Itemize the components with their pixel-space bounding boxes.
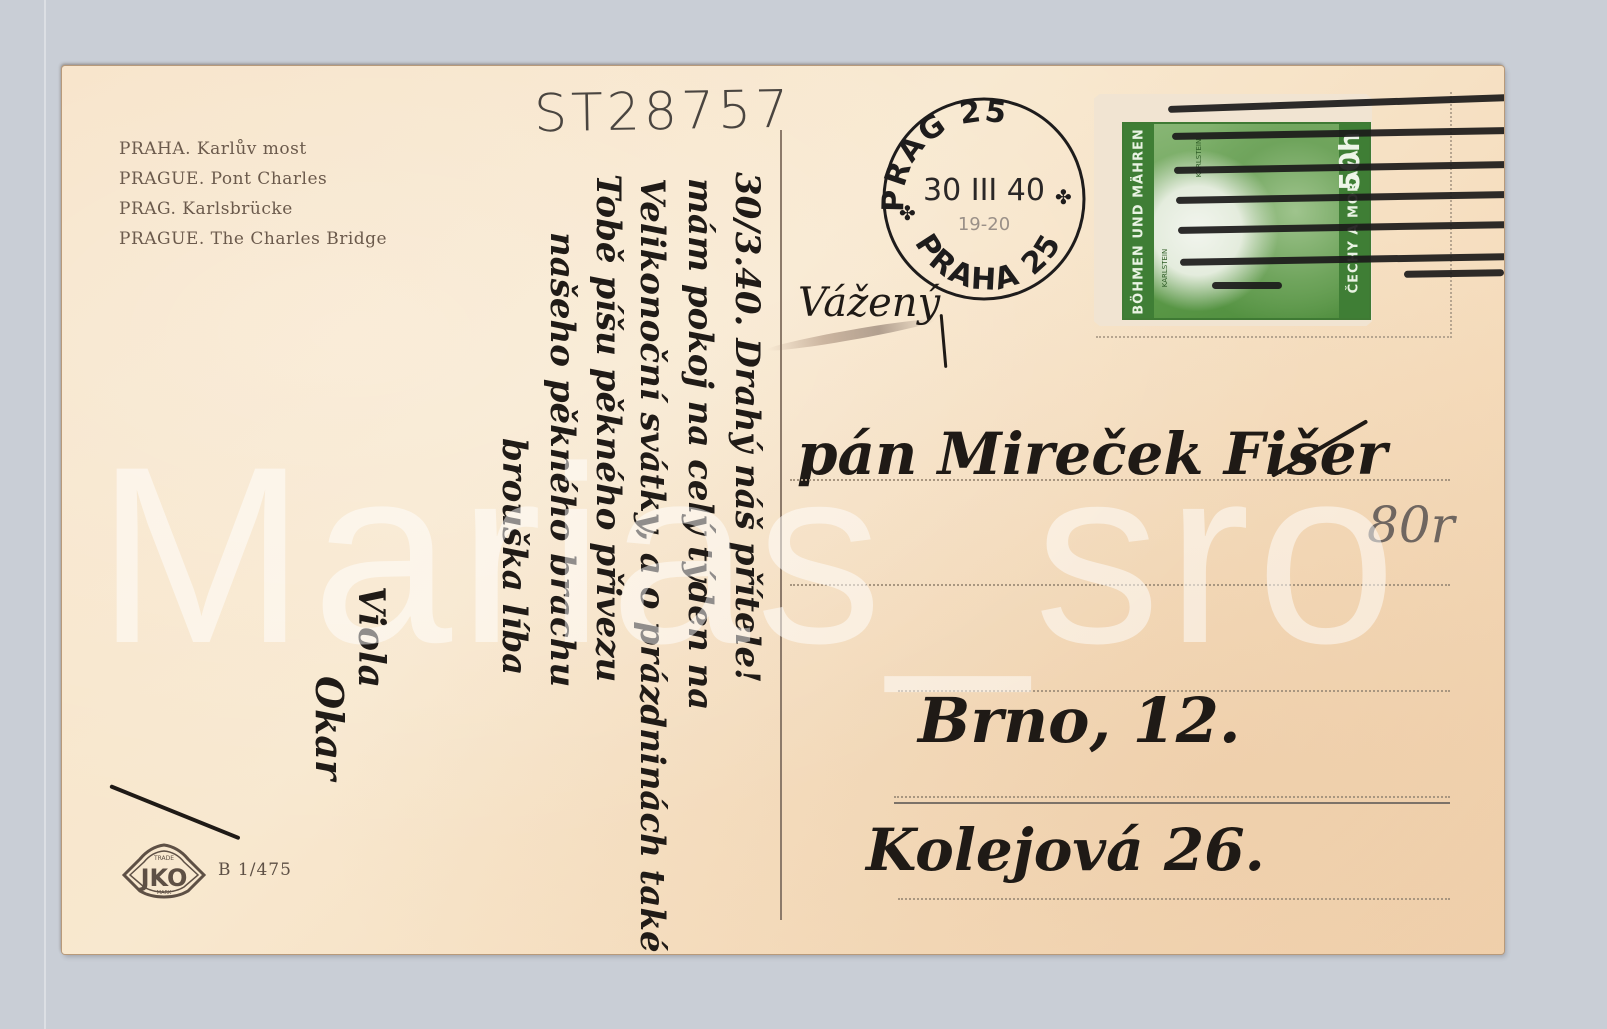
message-line: 30/3.40. Drahý náš přítele! (727, 172, 767, 683)
printed-caption: PRAHA. Karlův most PRAGUE. Pont Charles … (119, 134, 387, 254)
message-closing: Viola (350, 586, 392, 688)
address-line-4 (894, 796, 1450, 798)
message-line: mám pokoj na celý týden na (680, 178, 720, 710)
stamp-image-karlstein-castle: BÖHMEN UND MÄHREN ČECHY A MORAVA KARLSTE… (1122, 122, 1371, 320)
stamp-left-label: BÖHMEN UND MÄHREN (1124, 124, 1154, 318)
postmark-star-icon: ✤ (1055, 185, 1072, 209)
address-salutation: Vážený (798, 280, 940, 326)
postmark-circle-icon: PRAG 25 PRAHA 25 30 III 40 19-20 ✤ ✤ (877, 92, 1091, 306)
postmark-date: 30 III 40 (923, 173, 1045, 208)
address-underline (894, 802, 1450, 804)
caption-line-english: PRAGUE. The Charles Bridge (119, 224, 387, 254)
stamp-value: 50h (1333, 132, 1366, 191)
address-line-2 (790, 584, 1450, 586)
message-line: brouška líba (494, 438, 534, 675)
caption-line-french: PRAGUE. Pont Charles (119, 164, 387, 194)
svg-text:JKO: JKO (139, 864, 188, 892)
message-line: Velikonoční svátky, a o prázdninách také (632, 178, 672, 953)
caption-line-german: PRAG. Karlsbrücke (119, 194, 387, 224)
scan-streak (44, 0, 46, 1029)
svg-text:TRADE: TRADE (153, 855, 174, 862)
address-line-5 (898, 898, 1450, 900)
postmark-time: 19-20 (958, 214, 1010, 235)
caption-line-czech: PRAHA. Karlův most (119, 134, 387, 164)
postmark: PRAG 25 PRAHA 25 30 III 40 19-20 ✤ ✤ (877, 92, 1091, 306)
svg-text:MARK: MARK (157, 890, 172, 896)
address-street: Kolejová 26. (866, 816, 1265, 884)
publisher-mark: JKO TRADE MARK B 1/475 (120, 841, 292, 899)
address-city: Brno, 12. (918, 684, 1241, 757)
signature-flourish (109, 784, 240, 840)
stamp-castle-label: KARLSTEIN (1161, 249, 1169, 287)
center-divider-line (780, 130, 782, 920)
pencil-reference-number: ST28757 (533, 80, 792, 144)
cancel-line (1404, 269, 1504, 278)
message-line: Tobě píšu pěkného přivezu (588, 174, 628, 682)
price-note: 80r (1367, 496, 1455, 554)
postmark-star-icon: ✤ (899, 201, 916, 225)
postage-stamp: BÖHMEN UND MÄHREN ČECHY A MORAVA KARLSTE… (1094, 94, 1372, 326)
message-signature: Okar (307, 676, 352, 780)
postcard-back: PRAHA. Karlův most PRAGUE. Pont Charles … (62, 66, 1504, 954)
message-line: našeho pěkného brachu (542, 232, 582, 687)
address-recipient: pán Mireček Fišer (797, 420, 1387, 488)
cancel-line (1212, 282, 1282, 289)
salutation-stroke (940, 314, 948, 368)
address-line-1 (790, 479, 1450, 481)
jko-trademark-logo-icon: JKO TRADE MARK (120, 841, 208, 899)
publisher-code: B 1/475 (218, 860, 292, 880)
